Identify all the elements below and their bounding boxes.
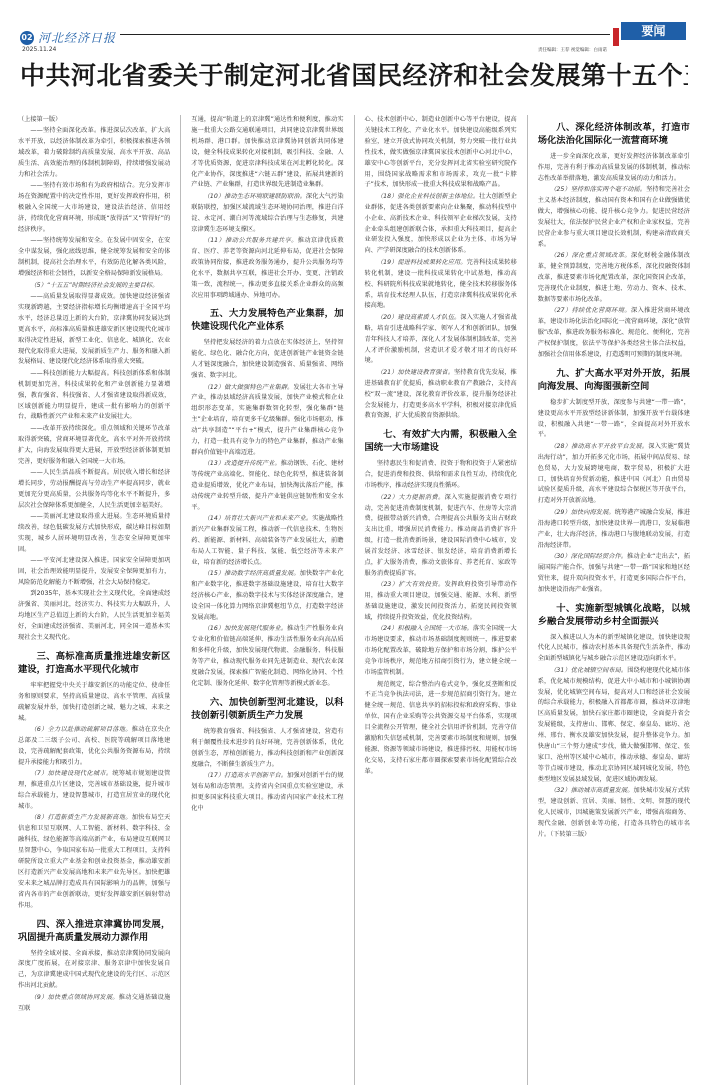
subsection-label: （20）建设高素质人才队伍。: [377, 314, 460, 321]
article-paragraph: 互通，提高“轨道上的京津冀”通达性和便利度，推动实施一批重大公路交通联通项目，共…: [191, 115, 343, 191]
article-paragraph: 坚持惠民生和促消费、投资于物和投资于人紧密结合，促进消费和投资、供给和需求良性互…: [364, 459, 516, 492]
paragraph-text: 加快城市发展方式转型，建设创新、宜居、美丽、韧性、文明、智慧的现代化人民城市，因…: [538, 787, 690, 838]
paragraph-text: 壮大创新型企业群体，促进各类创新要素向企业集聚，推动科技型中小企业、高新技术企业…: [364, 193, 516, 255]
article-paragraph: （上接第一版）: [18, 115, 170, 126]
subsection-label: （14）培育壮大新兴产业和未来产业。: [204, 515, 313, 522]
column-divider: [527, 115, 528, 1085]
section-heading: 八、深化经济体制改革，打造市场化法治化国际化一流营商环境: [538, 121, 690, 147]
article-paragraph: （18）强化企业科技创新主体地位。壮大创新型企业群体，促进各类创新要素向企业集聚…: [364, 192, 516, 257]
article-paragraph: （16）加快发展现代服务业。推动生产性服务业向专业化和价值链高端延伸，推动生活性…: [191, 624, 343, 689]
article-paragraph: ——坚持有效市场和有为政府相结合。充分发挥市场在资源配置中的决定性作用，更好发挥…: [18, 181, 170, 236]
subsection-label: （24）积极融入全国统一大市场。: [377, 625, 473, 632]
article-paragraph: （11）推动公共服务共建共享。推动京津优质教育、医疗、养老等资源向河北延伸布局，…: [191, 236, 343, 301]
article-paragraph: （15）推动数字经济高质量发展。加快数字产业化和产业数字化，推进数字基础设施建设…: [191, 569, 343, 624]
article-paragraph: 牢牢把握党中央关于雄安新区的功能定位、使命任务和原则要求，坚持高质量建设、高水平…: [18, 681, 170, 725]
section-heading: 四、深入推进京津冀协同发展，巩固提升高质量发展动力源作用: [18, 918, 170, 944]
paragraph-text: 实施战略性新兴产业集群发展工程，推动新一代信息技术、生物医药、新能源、新材料、高…: [191, 515, 343, 566]
subsection-label: （21）加快建设教育强省。: [377, 369, 454, 376]
subsection-label: （32）推动城市高质量发展。: [550, 787, 633, 794]
paragraph-text: 八、深化经济体制改革，打造市场化法治化国际化一流营商环境: [538, 122, 690, 146]
article-paragraph: （12）做大做强特色产业集群。发展壮大各市主导产业，推动县域经济高质量发展，加快…: [191, 383, 343, 459]
article-paragraph: （30）深化国际经贸合作。推动企业“走出去”，拓展国际产能合作，加强与共建“一带…: [538, 552, 690, 596]
column-divider: [354, 115, 355, 1085]
article-paragraph: （6）全力以赴推动疏解项目落地。推动在京央企总部及二三级子公司、高校、医院等疏解…: [18, 725, 170, 769]
article-paragraph: （20）建设高素质人才队伍。深入实施人才强省战略，培育引进战略科学家、领军人才和…: [364, 313, 516, 368]
paragraph-text: 统筹教育强省、科技强省、人才强省建设，营造有利于颠覆性技术进步的良好环境，完善创…: [191, 728, 343, 768]
subsection-label: （28）推动高水平开放平台发展。: [550, 443, 648, 450]
section-heading: 六、加快创新型河北建设，以科技创新引领新质生产力发展: [191, 696, 343, 722]
section-heading: 七、有效扩大内需，积极融入全国统一大市场建设: [364, 428, 516, 454]
article-paragraph: ——美丽河北建设取得重大进展。生态环境质量持续改善，绿色低碳发展方式加快形成，碳…: [18, 512, 170, 556]
section-heading: 三、高标准高质量推进雄安新区建设，打造高水平现代化城市: [18, 650, 170, 676]
article-paragraph: （32）推动城市高质量发展。加快城市发展方式转型，建设创新、宜居、美丽、韧性、文…: [538, 786, 690, 841]
paragraph-text: 深入实施提振消费专项行动，完善促进消费制度机制，促进汽车、住房等大宗消费，提振带…: [364, 494, 516, 577]
article-paragraph: 进一步全面深化改革，更好发挥经济体制改革牵引作用，完善有利于推动高质量发展的体制…: [538, 152, 690, 185]
paragraph-text: 围绕构建现代化城市体系，优化城市规模结构，促进大中小城市和小城镇协调发展，优化城…: [538, 667, 690, 783]
paragraph-text: ——坚持统筹发展和安全。在发展中固安全，在安全中谋发展，强化底线思维，健全统筹发…: [18, 237, 170, 277]
subsection-label: （9）加快重点领域协同发展。: [30, 994, 118, 1001]
paragraph-text: 十、实施新型城镇化战略，以城乡融合发展带动乡村全面振兴: [538, 603, 690, 627]
subsection-label: （6）全力以赴推动疏解项目落地。: [30, 726, 131, 733]
paragraph-text: 推动生产性服务业向专业化和价值链高端延伸，推动生活性服务业向高品质和多样化升级，…: [191, 625, 343, 687]
paragraph-text: 深入推进营商环境改革，建设市场化法治化国际化一流营商环境，深化“放管服”改革，推…: [538, 307, 690, 358]
paragraph-text: 落实全国统一大市场建设要求，推动市场基础制度规则统一，推进要素市场化配置改革，破…: [364, 625, 516, 676]
subsection-label: （8）打造新质生产力发展新高地。: [30, 814, 131, 821]
article-paragraph: （9）加快重点领域协同发展。推动交通基础设施互联: [18, 993, 170, 1015]
paper-name-logo: 河北经济日报: [38, 29, 116, 46]
paragraph-text: 完善科技成果转移转化机制，建设一批科技成果转化中试基地，推动高校、科研院所科技成…: [364, 259, 516, 310]
paragraph-text: ——人民生活品质不断提高。居民收入增长和经济增长同步，劳动报酬提高与劳动生产率提…: [18, 469, 170, 509]
paragraph-text: ——改革开放持续深化。重点领域和关键环节改革取得新突破，营商环境显著优化，高水平…: [18, 425, 170, 465]
article-paragraph: （17）打造高水平创新平台。加强对创新平台的规划布局和动态管理。支持省内全国重点…: [191, 771, 343, 815]
subsection-label: （29）加快向海发展。: [550, 509, 615, 516]
paragraph-text: 规范规定，综合整治内卷式竞争，强化反垄断和反不正当竞争执法司法，进一步规范招商引…: [364, 681, 516, 775]
subsection-label: （31）优化城镇空间布局。: [550, 667, 627, 674]
subsection-label: （22）大力提振消费。: [377, 494, 445, 501]
article-paragraph: （25）坚持和落实两个毫不动摇。坚持和完善社会主义基本经济制度，推动国有资本和国…: [538, 185, 690, 250]
paragraph-text: 心、技术创新中心、制造业创新中心等平台建设，提高关键技术工程化、产业化水平。加快…: [364, 116, 516, 188]
article-paragraph: ——平安河北建设深入推进。国家安全屏障更加巩固，社会治理效能明显提升，发展安全保…: [18, 556, 170, 589]
paragraph-text: 三、高标准高质量推进雄安新区建设，打造高水平现代化城市: [18, 651, 170, 675]
article-paragraph: （14）培育壮大新兴产业和未来产业。实施战略性新兴产业集群发展工程，推动新一代信…: [191, 514, 343, 569]
subsection-label: （25）坚持和落实两个毫不动摇。: [550, 186, 646, 193]
article-paragraph: （7）加快建设现代化城市。统筹城市规划建设管理，推进重点片区建设，完善城市基础设…: [18, 769, 170, 813]
subsection-label: （10）推动生态环境联建联防联治。: [204, 193, 306, 200]
subsection-label: （16）加快发展现代服务业。: [204, 625, 287, 632]
column-divider: [180, 115, 181, 1085]
paragraph-text: 深入实施“冀货出海行动”，加力开拓多元化市场，拓展中间品贸易、绿色贸易，大力发展…: [538, 443, 690, 505]
masthead: 02 河北经济日报 2025.11.24 责任编辑：王荐 视觉编辑：白雨诺 要闻: [0, 0, 708, 60]
subsection-label: （19）促进科技成果转化应用。: [377, 259, 467, 266]
paragraph-text: 发展壮大各市主导产业，推动县域经济高质量发展，加快产业模式和企业组织形态变革，实…: [191, 384, 343, 456]
article-paragraph: ——坚持全面深化改革。推进深层次改革，扩大高水平开放，以经济体制改革为牵引，积极…: [18, 126, 170, 181]
subsection-label: （15）推动数字经济高质量发展。: [204, 570, 300, 577]
article-paragraph: ——科技创新能力大幅提高。科技创新体系和体制机制更加完善，科技成果转化和产业创新…: [18, 369, 170, 424]
article-paragraph: （22）大力提振消费。深入实施提振消费专项行动，完善促进消费制度机制，促进汽车、…: [364, 493, 516, 580]
article-paragraph: （29）加快向海发展。统筹港产城融合发展，推进沿海港口转型升级，加快建设世界一流…: [538, 508, 690, 552]
paragraph-text: 推动京津优质教育、医疗、养老等资源向河北延伸布局，促进社会保障政策协同衔接，推进…: [191, 237, 343, 299]
section-heading: 十、实施新型城镇化战略，以城乡融合发展带动乡村全面振兴: [538, 602, 690, 628]
paragraph-text: 进一步全面深化改革，更好发挥经济体制改革牵引作用，完善有利于推动高质量发展的体制…: [538, 153, 690, 182]
article-paragraph: （19）促进科技成果转化应用。完善科技成果转移转化机制，建设一批科技成果转化中试…: [364, 258, 516, 313]
article-paragraph: 统筹教育强省、科技强省、人才强省建设，营造有利于颠覆性技术进步的良好环境，完善创…: [191, 727, 343, 771]
article-paragraph: （23）扩大有效投资。发挥政府投资引导带动作用，推动重大项目建设，加强交通、能源…: [364, 580, 516, 624]
paragraph-text: 加快数字产业化和产业数字化，推进数字基础设施建设，培育壮大数字经济核心产业，推动…: [191, 570, 343, 621]
paragraph-text: ——美丽河北建设取得重大进展。生态环境质量持续改善，绿色低碳发展方式加快形成，碳…: [18, 513, 170, 553]
article-paragraph: ——坚持统筹发展和安全。在发展中固安全，在安全中谋发展，强化底线思维，健全统筹发…: [18, 236, 170, 280]
article-paragraph: （26）深化重点领域改革。深化财税金融体制改革，健全预算制度，完善地方税体系，深…: [538, 251, 690, 306]
paragraph-text: ——科技创新能力大幅提高。科技创新体系和体制机制更加完善，科技成果转化和产业创新…: [18, 370, 170, 421]
page-number-badge: 02: [20, 31, 34, 45]
section-flag-icon: [613, 28, 619, 46]
subsection-label: （30）深化国际经贸合作。: [550, 553, 627, 560]
subsection-label: （18）强化企业科技创新主体地位。: [377, 193, 479, 200]
editors-credit: 责任编辑：王荐 视觉编辑：白雨诺: [538, 47, 607, 53]
column-3: 心、技术创新中心、制造业创新中心等平台建设，提高关键技术工程化、产业化水平。加快…: [364, 115, 516, 1085]
article-paragraph: （21）加快建设教育强省。坚持教育优先发展，推进基础教育扩优提质，推动职业教育产…: [364, 368, 516, 423]
article-columns: （上接第一版）——坚持全面深化改革。推进深层次改革，扩大高水平开放，以经济体制改…: [18, 115, 690, 1085]
paragraph-text: 坚持把发展经济的着力点放在实体经济上，坚持智能化、绿色化、融合化方向，促进创新链…: [191, 339, 343, 379]
paragraph-text: ——坚持全面深化改革。推进深层次改革，扩大高水平开放，以经济体制改革为牵引，积极…: [18, 127, 170, 178]
article-paragraph: （27）持续优化营商环境。深入推进营商环境改革，建设市场化法治化国际化一流营商环…: [538, 306, 690, 361]
subsection-label: （23）扩大有效投资。: [377, 581, 445, 588]
paragraph-text: ——高质量发展取得显著成效。加快建设经济强省实现新跨越，主要经济指标增长均衡增速…: [18, 293, 170, 365]
subsection-label: （11）推动公共服务共建共享。: [204, 237, 298, 244]
column-2: 互通，提高“轨道上的京津冀”通达性和便利度，推动实施一批重大公路交通联通项目，共…: [191, 115, 343, 1085]
column-1: （上接第一版）——坚持全面深化改革。推进深层次改革，扩大高水平开放，以经济体制改…: [18, 115, 170, 1085]
page-headline: 中共河北省委关于制定河北省国民经济和社会发展第十五个五年规划的建议: [20, 60, 688, 92]
subsection-label: （12）做大做强特色产业集群。: [204, 384, 294, 391]
article-paragraph: 心、技术创新中心、制造业创新中心等平台建设，提高关键技术工程化、产业化水平。加快…: [364, 115, 516, 191]
paragraph-text: 九、扩大高水平对外开放，拓展向海发展、向海图强新空间: [538, 368, 690, 392]
article-paragraph: （24）积极融入全国统一大市场。落实全国统一大市场建设要求，推动市场基础制度规则…: [364, 624, 516, 679]
article-paragraph: （13）改造提升传统产业。推动钢铁、石化、建材等传统产业高端化、智能化、绿色化转…: [191, 459, 343, 514]
article-paragraph: （31）优化城镇空间布局。围绕构建现代化城市体系，优化城市规模结构，促进大中小城…: [538, 666, 690, 786]
paragraph-text: 稳步扩大制度型开放，深度参与共建“一带一路”，建设更高水平开放型经济新体制，加强…: [538, 399, 690, 439]
paragraph-text: ——平安河北建设深入推进。国家安全屏障更加巩固，社会治理效能明显提升，发展安全保…: [18, 557, 170, 586]
paragraph-text: 五、大力发展特色产业集群，加快建设现代化产业体系: [191, 308, 343, 332]
article-paragraph: （5）“十五五”时期经济社会发展的主要目标。: [18, 281, 170, 292]
paragraph-text: 加快布局空天信息和卫星互联网、人工智能、新材料、数字科技、金融科技、绿色能源等高…: [18, 814, 170, 908]
paragraph-text: 深入实施人才强省战略，培育引进战略科学家、领军人才和创新团队，加强青年科技人才培…: [364, 314, 516, 365]
paragraph-text: 坚持教育优先发展，推进基础教育扩优提质，推动职业教育产教融合，支持高校“双一流”…: [364, 369, 516, 420]
section-heading: 九、扩大高水平对外开放，拓展向海发展、向海图强新空间: [538, 367, 690, 393]
paragraph-text: 四、深入推进京津冀协同发展，巩固提升高质量发展动力源作用: [18, 919, 170, 943]
article-paragraph: ——高质量发展取得显著成效。加快建设经济强省实现新跨越，主要经济指标增长均衡增速…: [18, 292, 170, 368]
paragraph-text: 互通，提高“轨道上的京津冀”通达性和便利度，推动实施一批重大公路交通联通项目，共…: [191, 116, 343, 188]
article-paragraph: 坚持把发展经济的着力点放在实体经济上，坚持智能化、绿色化、融合化方向，促进创新链…: [191, 338, 343, 382]
subsection-label: （13）改造提升传统产业。: [204, 460, 281, 467]
article-paragraph: ——改革开放持续深化。重点领域和关键环节改革取得新突破，营商环境显著优化，高水平…: [18, 424, 170, 468]
paragraph-text: 牢牢把握党中央关于雄安新区的功能定位、使命任务和原则要求，坚持高质量建设、高水平…: [18, 682, 170, 722]
subsection-label: （17）打造高水平创新平台。: [204, 772, 287, 779]
subsection-label: （27）持续优化营商环境。: [550, 307, 631, 314]
article-paragraph: 规范规定，综合整治内卷式竞争，强化反垄断和反不正当竞争执法司法，进一步规范招商引…: [364, 680, 516, 778]
paragraph-text: 推动钢铁、石化、建材等传统产业高端化、智能化、绿色化转型，推进装备制造业提质增效…: [191, 460, 343, 511]
subsection-label: （5）“十五五”时期经济社会发展的主要目标。: [30, 282, 158, 289]
paragraph-text: 深化财税金融体制改革，健全预算制度，完善地方税体系，深化投融资体制改革，推进要素…: [538, 252, 690, 303]
article-paragraph: （10）推动生态环境联建联防联治。深化大气污染联防联控，加强区域流域生态环境协同…: [191, 192, 343, 236]
article-paragraph: 稳步扩大制度型开放，深度参与共建“一带一路”，建设更高水平开放型经济新体制，加强…: [538, 398, 690, 442]
publication-date: 2025.11.24: [22, 46, 56, 53]
paragraph-text: 坚持和完善社会主义基本经济制度，推动国有资本和国有企业做强做优做大，增强核心功能…: [538, 186, 690, 248]
subsection-label: （7）加快建设现代化城市。: [30, 770, 112, 777]
article-paragraph: 到2035年，基本实现社会主义现代化，全面建成经济强省、美丽河北，经济实力、科技…: [18, 589, 170, 644]
paragraph-text: （上接第一版）: [18, 116, 61, 123]
paragraph-text: 坚持全域对接、全面承接，推动京津冀协同发展向深度广度拓展，在对接京津、服务京津中…: [18, 950, 170, 990]
article-paragraph: 坚持全域对接、全面承接，推动京津冀协同发展向深度广度拓展，在对接京津、服务京津中…: [18, 949, 170, 993]
paragraph-text: 六、加快创新型河北建设，以科技创新引领新质生产力发展: [191, 697, 343, 721]
subsection-label: （26）深化重点领域改革。: [550, 252, 631, 259]
header-rule: [120, 34, 610, 35]
article-paragraph: 深入推进以人为本的新型城镇化建设，加快建设现代化人民城市，推动农村基本具备现代生…: [538, 633, 690, 666]
article-paragraph: （8）打造新质生产力发展新高地。加快布局空天信息和卫星互联网、人工智能、新材料、…: [18, 813, 170, 911]
paragraph-text: 到2035年，基本实现社会主义现代化，全面建成经济强省、美丽河北，经济实力、科技…: [18, 590, 170, 641]
section-tag: 要闻: [621, 22, 686, 40]
section-heading: 五、大力发展特色产业集群，加快建设现代化产业体系: [191, 307, 343, 333]
article-paragraph: （28）推动高水平开放平台发展。深入实施“冀货出海行动”，加力开拓多元化市场，拓…: [538, 442, 690, 507]
paragraph-text: 坚持惠民生和促消费、投资于物和投资于人紧密结合，促进消费和投资、供给和需求良性互…: [364, 460, 516, 489]
paragraph-text: 深入推进以人为本的新型城镇化建设，加快建设现代化人民城市，推动农村基本具备现代生…: [538, 634, 690, 663]
article-paragraph: ——人民生活品质不断提高。居民收入增长和经济增长同步，劳动报酬提高与劳动生产率提…: [18, 468, 170, 512]
paragraph-text: ——坚持有效市场和有为政府相结合。充分发挥市场在资源配置中的决定性作用，更好发挥…: [18, 182, 170, 233]
paragraph-text: 七、有效扩大内需，积极融入全国统一大市场建设: [364, 429, 516, 453]
column-4: 八、深化经济体制改革，打造市场化法治化国际化一流营商环境进一步全面深化改革，更好…: [538, 115, 690, 1085]
